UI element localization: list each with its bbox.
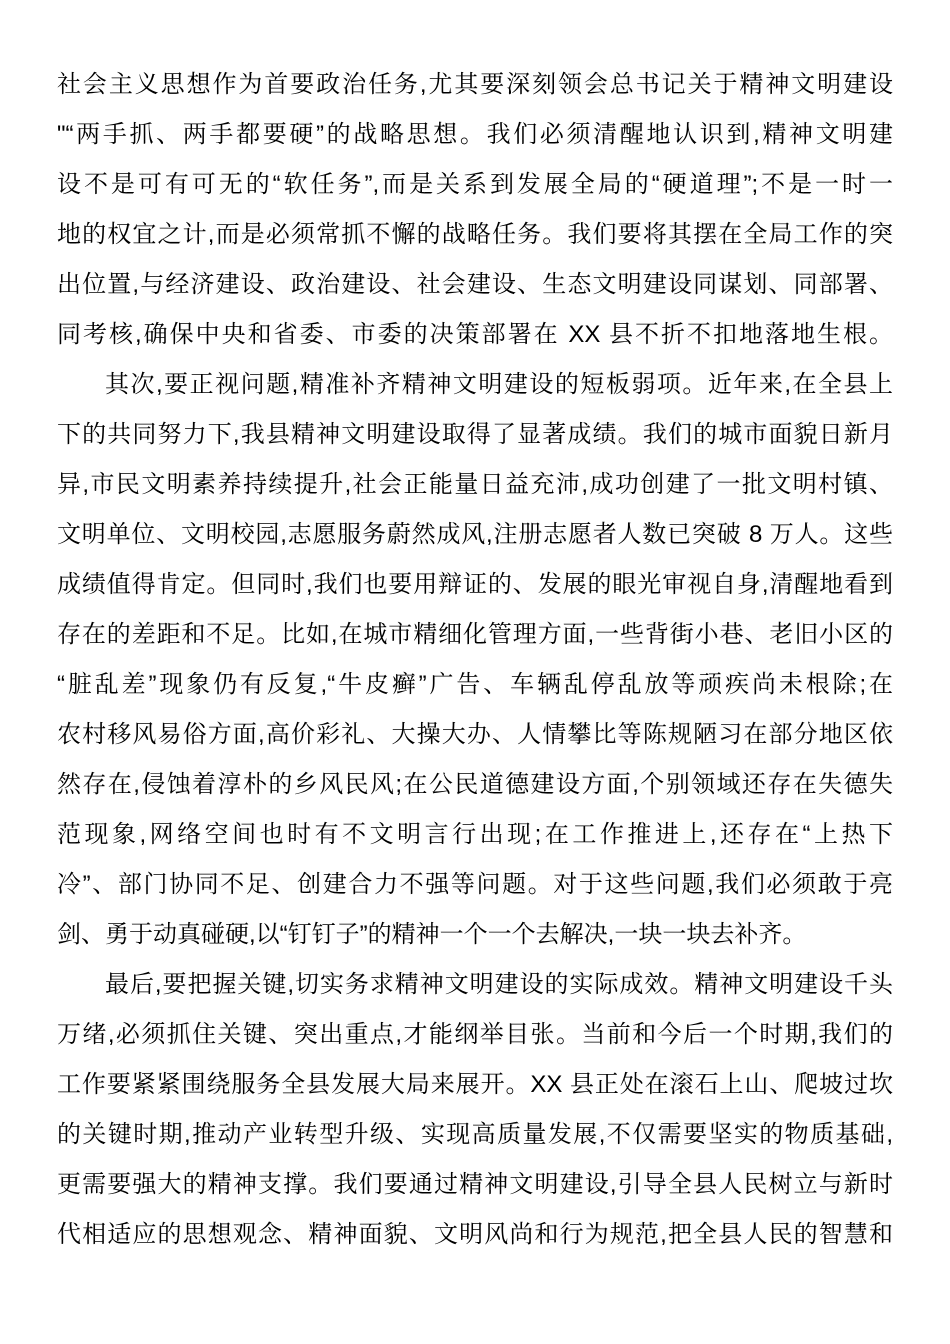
text-line: “脏乱差”现象仍有反复,“牛皮癣”广告、车辆乱停乱放等顽疾尚未根除;在 — [57, 660, 893, 710]
text-line: 异,市民文明素养持续提升,社会正能量日益充沛,成功创建了一批文明村镇、 — [57, 460, 893, 510]
text-line: 最后,要把握关键,切实务求精神文明建设的实际成效。精神文明建设千头 — [57, 960, 893, 1010]
text-line: 农村移风易俗方面,高价彩礼、大操大办、人情攀比等陈规陋习在部分地区依 — [57, 710, 893, 760]
text-line: 代相适应的思想观念、精神面貌、文明风尚和行为规范,把全县人民的智慧和 — [57, 1210, 893, 1260]
text-line: 的关键时期,推动产业转型升级、实现高质量发展,不仅需要坚实的物质基础, — [57, 1110, 893, 1160]
text-line: 工作要紧紧围绕服务全县发展大局来展开。XX 县正处在滚石上山、爬坡过坎 — [57, 1060, 893, 1110]
text-line: 冷”、部门协同不足、创建合力不强等问题。对于这些问题,我们必须敢于亮 — [57, 860, 893, 910]
paragraph-2: 其次,要正视问题,精准补齐精神文明建设的短板弱项。近年来,在全县上 下的共同努力… — [57, 360, 893, 960]
text-line: 其次,要正视问题,精准补齐精神文明建设的短板弱项。近年来,在全县上 — [57, 360, 893, 410]
paragraph-1: 社会主义思想作为首要政治任务,尤其要深刻领会总书记关于精神文明建设 "“两手抓、… — [57, 60, 893, 360]
text-line: 然存在,侵蚀着淳朴的乡风民风;在公民道德建设方面,个别领域还存在失德失 — [57, 760, 893, 810]
text-line: 剑、勇于动真碰硬,以“钉钉子”的精神一个一个去解决,一块一块去补齐。 — [57, 910, 893, 960]
document-page: 社会主义思想作为首要政治任务,尤其要深刻领会总书记关于精神文明建设 "“两手抓、… — [0, 0, 950, 1344]
text-line: 出位置,与经济建设、政治建设、社会建设、生态文明建设同谋划、同部署、 — [57, 260, 893, 310]
text-line: 同考核,确保中央和省委、市委的决策部署在 XX 县不折不扣地落地生根。 — [57, 310, 893, 360]
paragraph-3: 最后,要把握关键,切实务求精神文明建设的实际成效。精神文明建设千头 万绪,必须抓… — [57, 960, 893, 1260]
text-line: 社会主义思想作为首要政治任务,尤其要深刻领会总书记关于精神文明建设 — [57, 60, 893, 110]
text-line: "“两手抓、两手都要硬”的战略思想。我们必须清醒地认识到,精神文明建 — [57, 110, 893, 160]
text-line: 地的权宜之计,而是必须常抓不懈的战略任务。我们要将其摆在全局工作的突 — [57, 210, 893, 260]
text-line: 文明单位、文明校园,志愿服务蔚然成风,注册志愿者人数已突破 8 万人。这些 — [57, 510, 893, 560]
text-line: 设不是可有可无的“软任务”,而是关系到发展全局的“硬道理”;不是一时一 — [57, 160, 893, 210]
text-line: 万绪,必须抓住关键、突出重点,才能纲举目张。当前和今后一个时期,我们的 — [57, 1010, 893, 1060]
text-line: 更需要强大的精神支撑。我们要通过精神文明建设,引导全县人民树立与新时 — [57, 1160, 893, 1210]
text-line: 范现象,网络空间也时有不文明言行出现;在工作推进上,还存在“上热下 — [57, 810, 893, 860]
text-line: 下的共同努力下,我县精神文明建设取得了显著成绩。我们的城市面貌日新月 — [57, 410, 893, 460]
text-line: 成绩值得肯定。但同时,我们也要用辩证的、发展的眼光审视自身,清醒地看到 — [57, 560, 893, 610]
text-line: 存在的差距和不足。比如,在城市精细化管理方面,一些背街小巷、老旧小区的 — [57, 610, 893, 660]
